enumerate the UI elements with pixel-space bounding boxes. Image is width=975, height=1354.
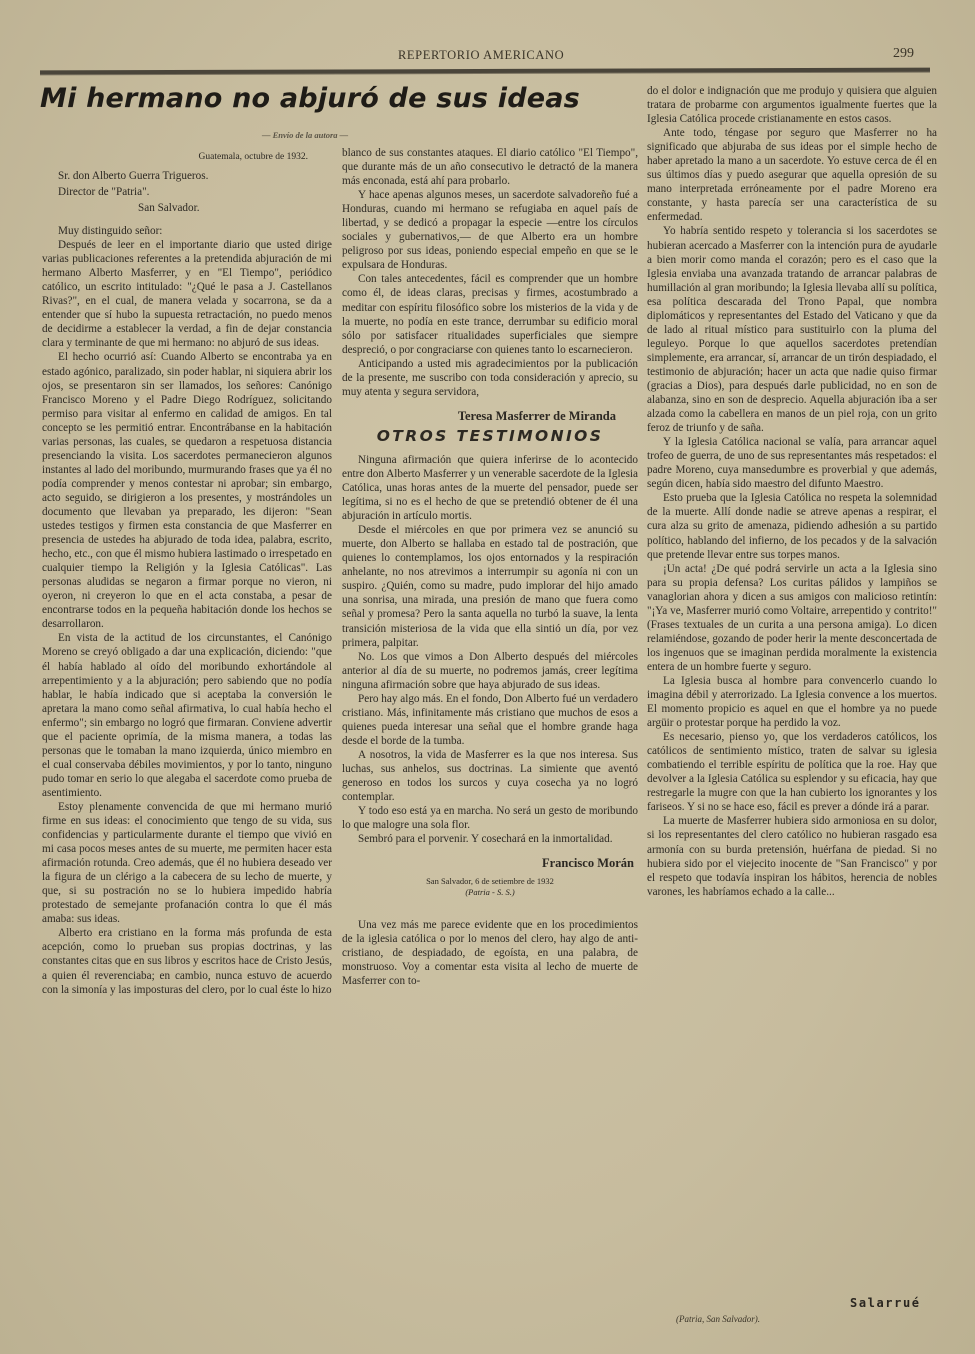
paragraph: Pero hay algo más. En el fondo, Don Albe…: [342, 692, 638, 748]
paragraph: Yo habría sentido respeto y tolerancia s…: [647, 224, 937, 435]
column-1: Guatemala, octubre de 1932. Sr. don Albe…: [42, 150, 332, 997]
paragraph: Anticipando a usted mis agradecimientos …: [342, 357, 638, 399]
newspaper-page: REPERTORIO AMERICANO 299 Mi hermano no a…: [0, 0, 975, 1354]
column-2: blanco de sus constantes ataques. El dia…: [342, 146, 638, 989]
paragraph: do el dolor e indignación que me produjo…: [647, 84, 937, 126]
paragraph: Y hace apenas algunos meses, un sacerdot…: [342, 188, 638, 272]
signature-teresa: Teresa Masferrer de Miranda: [342, 409, 638, 423]
signature-source: (Patria, San Salvador).: [676, 1314, 760, 1324]
article-subtitle: — Envío de la autora —: [262, 130, 348, 140]
addressee-line: San Salvador.: [42, 200, 332, 216]
paragraph: El hecho ocurrió así: Cuando Alberto se …: [42, 350, 332, 631]
publication-title: REPERTORIO AMERICANO: [398, 48, 564, 63]
spacer: [342, 898, 638, 918]
paragraph: A nosotros, la vida de Masferrer es la q…: [342, 748, 638, 804]
dateline: Guatemala, octubre de 1932.: [42, 150, 332, 164]
signature-salarrue: Salarrué: [850, 1296, 921, 1310]
paragraph: Alberto era cristiano en la forma más pr…: [42, 926, 332, 996]
running-head: REPERTORIO AMERICANO 299: [0, 44, 975, 64]
paragraph: Estoy plenamente convencida de que mi he…: [42, 800, 332, 926]
article-title: Mi hermano no abjuró de sus ideas: [40, 83, 640, 114]
paragraph: blanco de sus constantes ataques. El dia…: [342, 146, 638, 188]
paragraph: La muerte de Masferrer hubiera sido armo…: [647, 814, 937, 898]
salutation: Muy distinguido señor:: [42, 224, 332, 238]
paragraph: Esto prueba que la Iglesia Católica no r…: [647, 491, 937, 561]
signature-place-date: San Salvador, 6 de setiembre de 1932: [342, 876, 638, 887]
page-number: 299: [893, 46, 914, 62]
paragraph: No. Los que vimos a Don Alberto después …: [342, 650, 638, 692]
signature-source: (Patria - S. S.): [342, 887, 638, 898]
column-3: do el dolor e indignación que me produjo…: [647, 84, 937, 899]
paragraph: Sembró para el porvenir. Y cosechará en …: [342, 832, 638, 846]
paragraph: Y todo eso está ya en marcha. No será un…: [342, 804, 638, 832]
header-rule: [40, 68, 930, 75]
signature-moran: Francisco Morán: [342, 856, 638, 870]
paragraph: Con tales antecedentes, fácil es compren…: [342, 272, 638, 356]
paragraph: La Iglesia busca al hombre para convence…: [647, 674, 937, 730]
paragraph: Una vez más me parece evidente que en lo…: [342, 918, 638, 988]
paragraph: Es necesario, pienso yo, que los verdade…: [647, 730, 937, 814]
addressee-line: Sr. don Alberto Guerra Trigueros.: [42, 168, 332, 184]
paragraph: Ante todo, téngase por seguro que Masfer…: [647, 126, 937, 224]
paragraph: Ninguna afirmación que quiera inferirse …: [342, 453, 638, 523]
paragraph: Desde el miércoles en que por primera ve…: [342, 523, 638, 649]
paragraph: ¡Un acta! ¿De qué podrá servirle un acta…: [647, 562, 937, 674]
paragraph: Y la Iglesia Católica nacional se valía,…: [647, 435, 937, 491]
section-heading: OTROS TESTIMONIOS: [342, 429, 638, 443]
addressee-line: Director de "Patria".: [42, 184, 332, 200]
paragraph: En vista de la actitud de los circunstan…: [42, 631, 332, 800]
paragraph: Después de leer en el importante diario …: [42, 238, 332, 350]
